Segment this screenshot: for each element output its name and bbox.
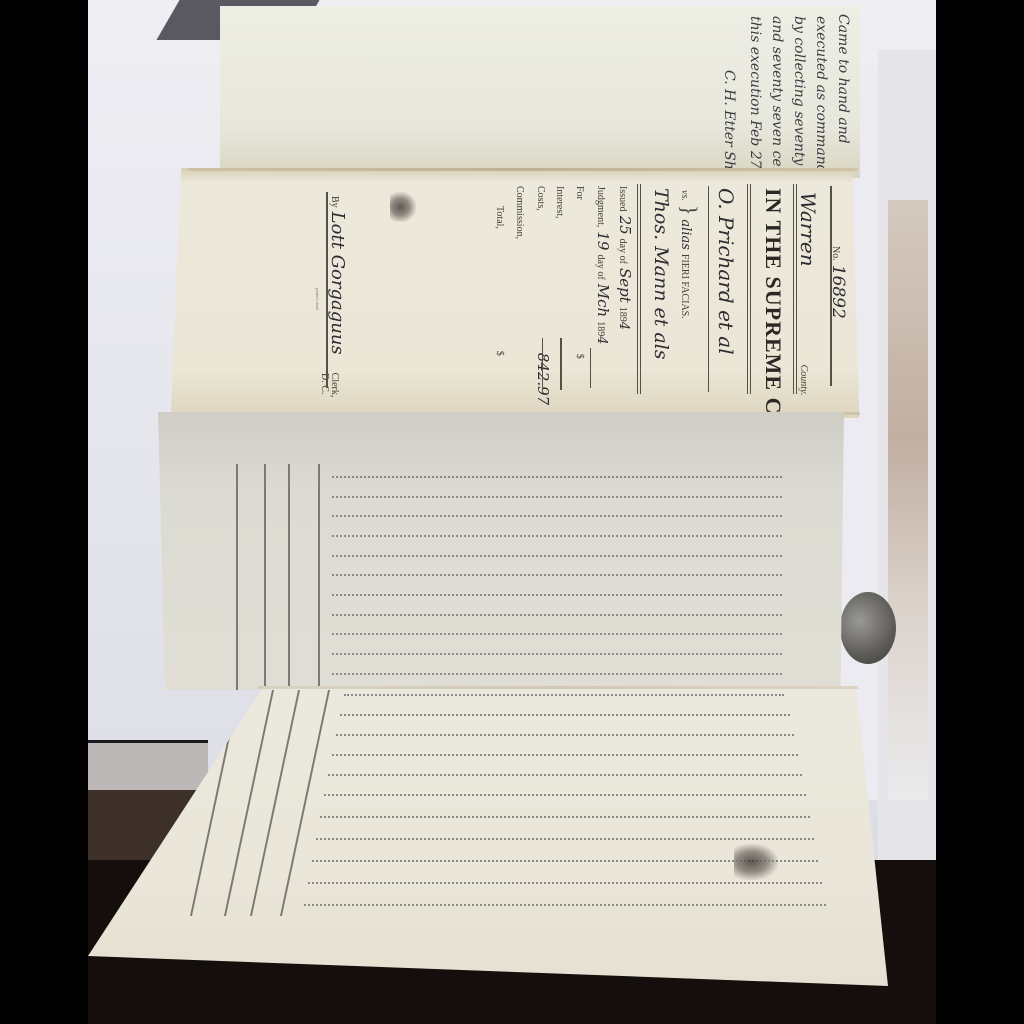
printer-imprint: printer's mark bbox=[315, 288, 320, 310]
by-label: By bbox=[329, 196, 340, 208]
document-panel-form: No. 16892 Warren County. IN THE SUPREME … bbox=[160, 168, 870, 418]
rule-line bbox=[750, 184, 751, 394]
dotted-line bbox=[344, 694, 784, 696]
column-rule bbox=[318, 464, 320, 690]
issued-day: 25 bbox=[616, 216, 634, 235]
ledger-label: Interest, bbox=[554, 186, 565, 219]
rule-line bbox=[793, 184, 794, 394]
dotted-line bbox=[332, 515, 782, 517]
ledger-row: Total, $ bbox=[492, 206, 512, 356]
rule-line bbox=[747, 184, 748, 394]
rule-line bbox=[796, 184, 797, 394]
plaintiff-name: O. Prichard et al bbox=[714, 188, 738, 355]
column-rule bbox=[236, 464, 238, 690]
dotted-line bbox=[332, 476, 782, 478]
dotted-line bbox=[332, 594, 782, 596]
dotted-line bbox=[304, 904, 826, 906]
ledger-row: For $ bbox=[572, 186, 592, 359]
dotted-line bbox=[332, 673, 782, 675]
versus-label: vs. bbox=[679, 190, 690, 201]
ledger-page-upper bbox=[158, 412, 858, 690]
judgment-field: Judgment, 19 day of Mch 1894 bbox=[593, 186, 612, 344]
dotted-line bbox=[332, 614, 782, 616]
issued-field: Issued 25 day of Sept 1894 bbox=[615, 186, 634, 330]
issued-month: Sept bbox=[616, 268, 634, 303]
column-rule bbox=[224, 690, 274, 916]
dotted-line bbox=[332, 754, 798, 756]
column-rule bbox=[288, 464, 290, 690]
dotted-line bbox=[340, 714, 790, 716]
fold-crease bbox=[258, 686, 858, 689]
ledger-currency: $ bbox=[574, 354, 585, 359]
amount-rule bbox=[560, 338, 562, 390]
judgment-year-printed: 189 bbox=[595, 321, 606, 336]
note-line-2: executed as commanded bbox=[810, 16, 832, 191]
ledger-row: Commission, bbox=[512, 186, 532, 389]
dotted-line bbox=[332, 574, 782, 576]
dotted-line bbox=[316, 838, 814, 840]
rule-line bbox=[637, 184, 638, 394]
ledger-amount: 842.97 bbox=[534, 353, 552, 406]
writ-type-handwritten: alias bbox=[678, 219, 693, 250]
ledger-page-lower bbox=[88, 686, 888, 986]
ledger-label: Total, bbox=[494, 206, 505, 229]
dotted-line bbox=[320, 816, 810, 818]
ledger-label: For bbox=[574, 186, 585, 200]
judgment-day: 19 bbox=[594, 231, 612, 250]
column-rule bbox=[264, 464, 266, 690]
dotted-line bbox=[328, 774, 802, 776]
rule-line bbox=[326, 192, 328, 388]
ledger-label: Commission, bbox=[514, 186, 525, 239]
county-field: Warren County. bbox=[796, 192, 820, 395]
column-rule bbox=[250, 690, 300, 916]
issued-year-handwritten: 4 bbox=[616, 322, 631, 330]
fold-crease bbox=[188, 168, 858, 171]
background-stain bbox=[888, 200, 928, 800]
issued-label: Issued bbox=[617, 186, 628, 212]
endorsement-note: Came to hand and executed as commanded b… bbox=[688, 10, 858, 180]
photograph: Came to hand and executed as commanded b… bbox=[88, 0, 936, 1024]
judgment-month: Mch bbox=[594, 284, 612, 317]
judgment-year-handwritten: 4 bbox=[594, 336, 609, 344]
rule-line bbox=[640, 184, 641, 394]
amount-rule bbox=[542, 338, 543, 390]
writ-type-line: vs. } alias FIERI FACIAS. bbox=[676, 190, 702, 319]
amount-rule bbox=[590, 348, 591, 388]
defendant-name: Thos. Mann et als bbox=[650, 188, 672, 360]
clerk-label: Clerk, bbox=[329, 373, 340, 398]
clerk-signature: Lott Gorgaguus bbox=[327, 212, 348, 355]
dotted-line bbox=[324, 794, 806, 796]
coin bbox=[840, 592, 896, 664]
rule-line bbox=[708, 186, 709, 392]
clerk-signature-line: By Lott Gorgaguus Clerk, bbox=[327, 196, 348, 397]
writ-type-printed: FIERI FACIAS. bbox=[679, 254, 690, 319]
issued-year-printed: 189 bbox=[617, 307, 628, 322]
deputy-clerk-label: D. C. bbox=[319, 373, 330, 394]
dotted-line bbox=[332, 633, 782, 635]
ledger-label: Costs, bbox=[535, 186, 546, 211]
dotted-line bbox=[336, 734, 794, 736]
county-value: Warren bbox=[796, 192, 820, 267]
dotted-line bbox=[332, 496, 782, 498]
county-label: County. bbox=[798, 365, 809, 396]
ink-blot bbox=[734, 844, 778, 880]
background-table-edge bbox=[88, 740, 208, 790]
note-line-1: Came to hand and bbox=[832, 14, 854, 144]
dotted-line bbox=[308, 882, 822, 884]
dotted-line bbox=[332, 535, 782, 537]
ledger-row: Interest, bbox=[552, 186, 572, 369]
issued-day-of-label: day of bbox=[617, 239, 628, 264]
dotted-line bbox=[332, 653, 782, 655]
judgment-day-of-label: day of bbox=[595, 254, 606, 279]
judgment-label: Judgment, bbox=[595, 186, 606, 227]
ink-smudge bbox=[390, 192, 416, 222]
rule-line bbox=[830, 186, 832, 386]
dotted-line bbox=[332, 555, 782, 557]
ledger-currency: $ bbox=[494, 351, 505, 356]
